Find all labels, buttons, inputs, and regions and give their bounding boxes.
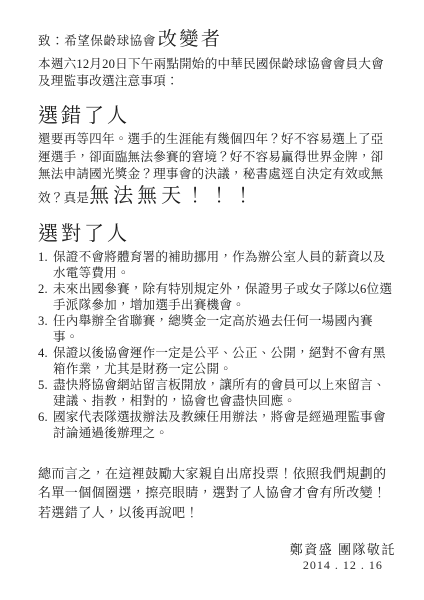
- list-item-number: 4.: [38, 345, 53, 377]
- wrong-choice-paragraph: 還要再等四年。選手的生涯能有幾個四年？好不容易選上了亞運選手，卻面臨無法參賽的窘…: [38, 131, 396, 208]
- promise-list: 1. 保證不會將體育署的補助挪用，作為辦公室人員的薪資以及水電等費用。 2. 未…: [38, 249, 396, 441]
- list-item: 1. 保證不會將體育署的補助挪用，作為辦公室人員的薪資以及水電等費用。: [38, 249, 396, 281]
- signature-block: 鄭資盛 團隊敬託 2014 . 12 . 16: [38, 542, 396, 574]
- signature-inner: 鄭資盛 團隊敬託 2014 . 12 . 16: [290, 542, 396, 573]
- list-item-text: 盡快將協會網站留言板開放，讓所有的會員可以上來留言、建議、指教，相對的，協會也會…: [53, 377, 396, 409]
- list-item-text: 保證以後協會運作一定是公平、公正、公開，絕對不會有黑箱作業，尤其是財務一定公開。: [53, 345, 396, 377]
- list-item: 4. 保證以後協會運作一定是公平、公正、公開，絕對不會有黑箱作業，尤其是財務一定…: [38, 345, 396, 377]
- intro-paragraph: 本週六12月20日下午兩點開始的中華民國保齡球協會會員大會及理監事改選注意事項：: [38, 56, 396, 90]
- list-item-number: 1.: [38, 249, 53, 281]
- signature-date: 2014 . 12 . 16: [290, 558, 396, 573]
- letter-page: 致：希望保齡球協會改變者 本週六12月20日下午兩點開始的中華民國保齡球協會會員…: [0, 0, 424, 600]
- list-item-text: 保證不會將體育署的補助挪用，作為辦公室人員的薪資以及水電等費用。: [53, 249, 396, 281]
- list-item-text: 國家代表隊選拔辦法及教練任用辦法，將會是經過理監事會討論通過後辦理之。: [53, 409, 396, 441]
- recipient-line: 致：希望保齡球協會改變者: [38, 27, 396, 54]
- recipient-prefix: 致：希望保齡球協會: [38, 34, 156, 48]
- heading-wrong-choice: 選錯了人: [38, 104, 396, 128]
- recipient-emphasis: 改變者: [158, 29, 223, 50]
- list-item-text: 未來出國參賽，除有特別規定外，保證男子或女子隊以6位選手派隊參加，增加選手出賽機…: [53, 281, 396, 313]
- list-item: 5. 盡快將協會網站留言板開放，讓所有的會員可以上來留言、建議、指教，相對的，協…: [38, 377, 396, 409]
- heading-right-choice: 選對了人: [38, 222, 396, 246]
- closing-paragraph: 總而言之，在這裡鼓勵大家親自出席投票！依照我們規劃的名單一個個圈選，擦亮眼睛，選…: [38, 464, 396, 523]
- list-item: 6. 國家代表隊選拔辦法及教練任用辦法，將會是經過理監事會討論通過後辦理之。: [38, 409, 396, 441]
- list-item-number: 6.: [38, 409, 53, 441]
- list-item-number: 3.: [38, 313, 53, 345]
- list-item: 2. 未來出國參賽，除有特別規定外，保證男子或女子隊以6位選手派隊參加，增加選手…: [38, 281, 396, 313]
- list-item: 3. 任內舉辦全省聯賽，總獎金一定高於過去任何一場國內賽事。: [38, 313, 396, 345]
- signature-name: 鄭資盛 團隊敬託: [290, 542, 396, 558]
- list-item-text: 任內舉辦全省聯賽，總獎金一定高於過去任何一場國內賽事。: [53, 313, 396, 345]
- list-item-number: 2.: [38, 281, 53, 313]
- list-item-number: 5.: [38, 377, 53, 409]
- wrong-choice-emphasis: 無法無天！！！: [89, 185, 257, 207]
